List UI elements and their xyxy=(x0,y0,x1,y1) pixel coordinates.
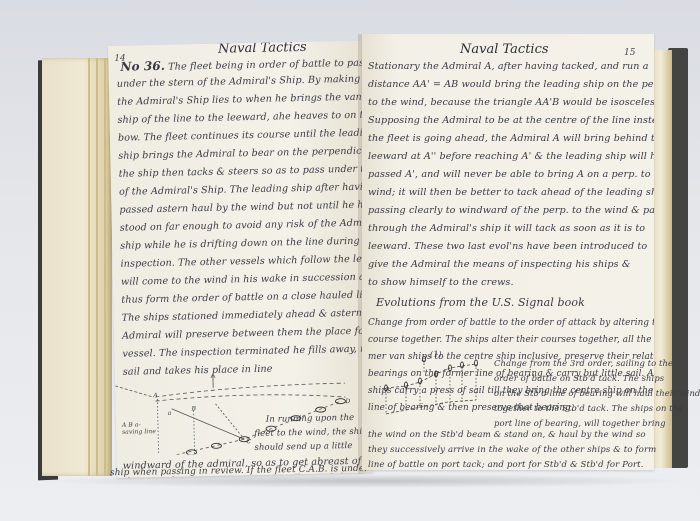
section-heading: Evolutions from the U.S. Signal book xyxy=(376,294,585,313)
side-note-line: together to the Stb'd tack. The ships on… xyxy=(494,401,683,416)
svg-text:A: A xyxy=(152,392,158,399)
svg-text:C: C xyxy=(246,438,251,445)
side-note-line: Change from the 3rd order, sailing to th… xyxy=(494,356,673,371)
handwritten-line: passed A', and will never be able to bri… xyxy=(368,166,654,185)
handwritten-line: the fleet is going ahead, the Admiral A … xyxy=(368,130,654,149)
svg-text:D: D xyxy=(344,398,350,405)
handwritten-line: course together. The ships alter their c… xyxy=(368,331,654,350)
handwritten-line: give the Admiral the means of inspecting… xyxy=(368,256,630,275)
handwritten-line: passing clearly to windward of the perp.… xyxy=(368,202,654,221)
svg-text:a: a xyxy=(168,410,172,417)
open-manuscript-book: 14 Naval Tactics No 36. The fleet being … xyxy=(0,0,700,521)
handwritten-line: leeward. These two last evol'ns have bee… xyxy=(368,238,647,257)
running-head: Naval Tactics xyxy=(460,42,549,57)
left-page: 14 Naval Tactics No 36. The fleet being … xyxy=(108,41,373,478)
handwritten-line: to the wind, because the triangle AA'B w… xyxy=(368,94,654,113)
handwritten-line: Stationary the Admiral A, after having t… xyxy=(368,58,649,77)
svg-text:B: B xyxy=(191,405,197,412)
handwritten-line: distance AA' = AB would bring the leadin… xyxy=(368,76,654,95)
handwritten-line: line of battle on port tack; and port fo… xyxy=(368,458,644,473)
handwritten-line: they successively arrive in the wake of … xyxy=(368,443,656,458)
page-number: 15 xyxy=(624,48,635,58)
handwritten-line: through the Admiral's ship it will tack … xyxy=(368,220,645,239)
article-number: No 36. xyxy=(120,59,165,74)
side-note-line: order of battle on Stb'd tack. The ships xyxy=(494,371,664,386)
handwritten-line: Supposing the Admiral to be at the centr… xyxy=(368,112,654,131)
side-note-line: on the Stb'd line of bearing will haul t… xyxy=(494,386,700,401)
handwritten-line: the wind on the Stb'd beam & stand on, &… xyxy=(368,428,646,443)
page-stack-left xyxy=(42,58,112,476)
handwritten-line: Change from order of battle to the order… xyxy=(368,314,654,333)
handwritten-line: wind; it will then be better to tack ahe… xyxy=(368,184,654,203)
line-of-bearing-diagram xyxy=(376,356,480,418)
handwritten-line: to show himself to the crews. xyxy=(368,274,514,293)
handwritten-line: leeward at A'' before reaching A' & the … xyxy=(368,148,654,167)
diagram-label: A B a- saving line xyxy=(122,421,156,436)
